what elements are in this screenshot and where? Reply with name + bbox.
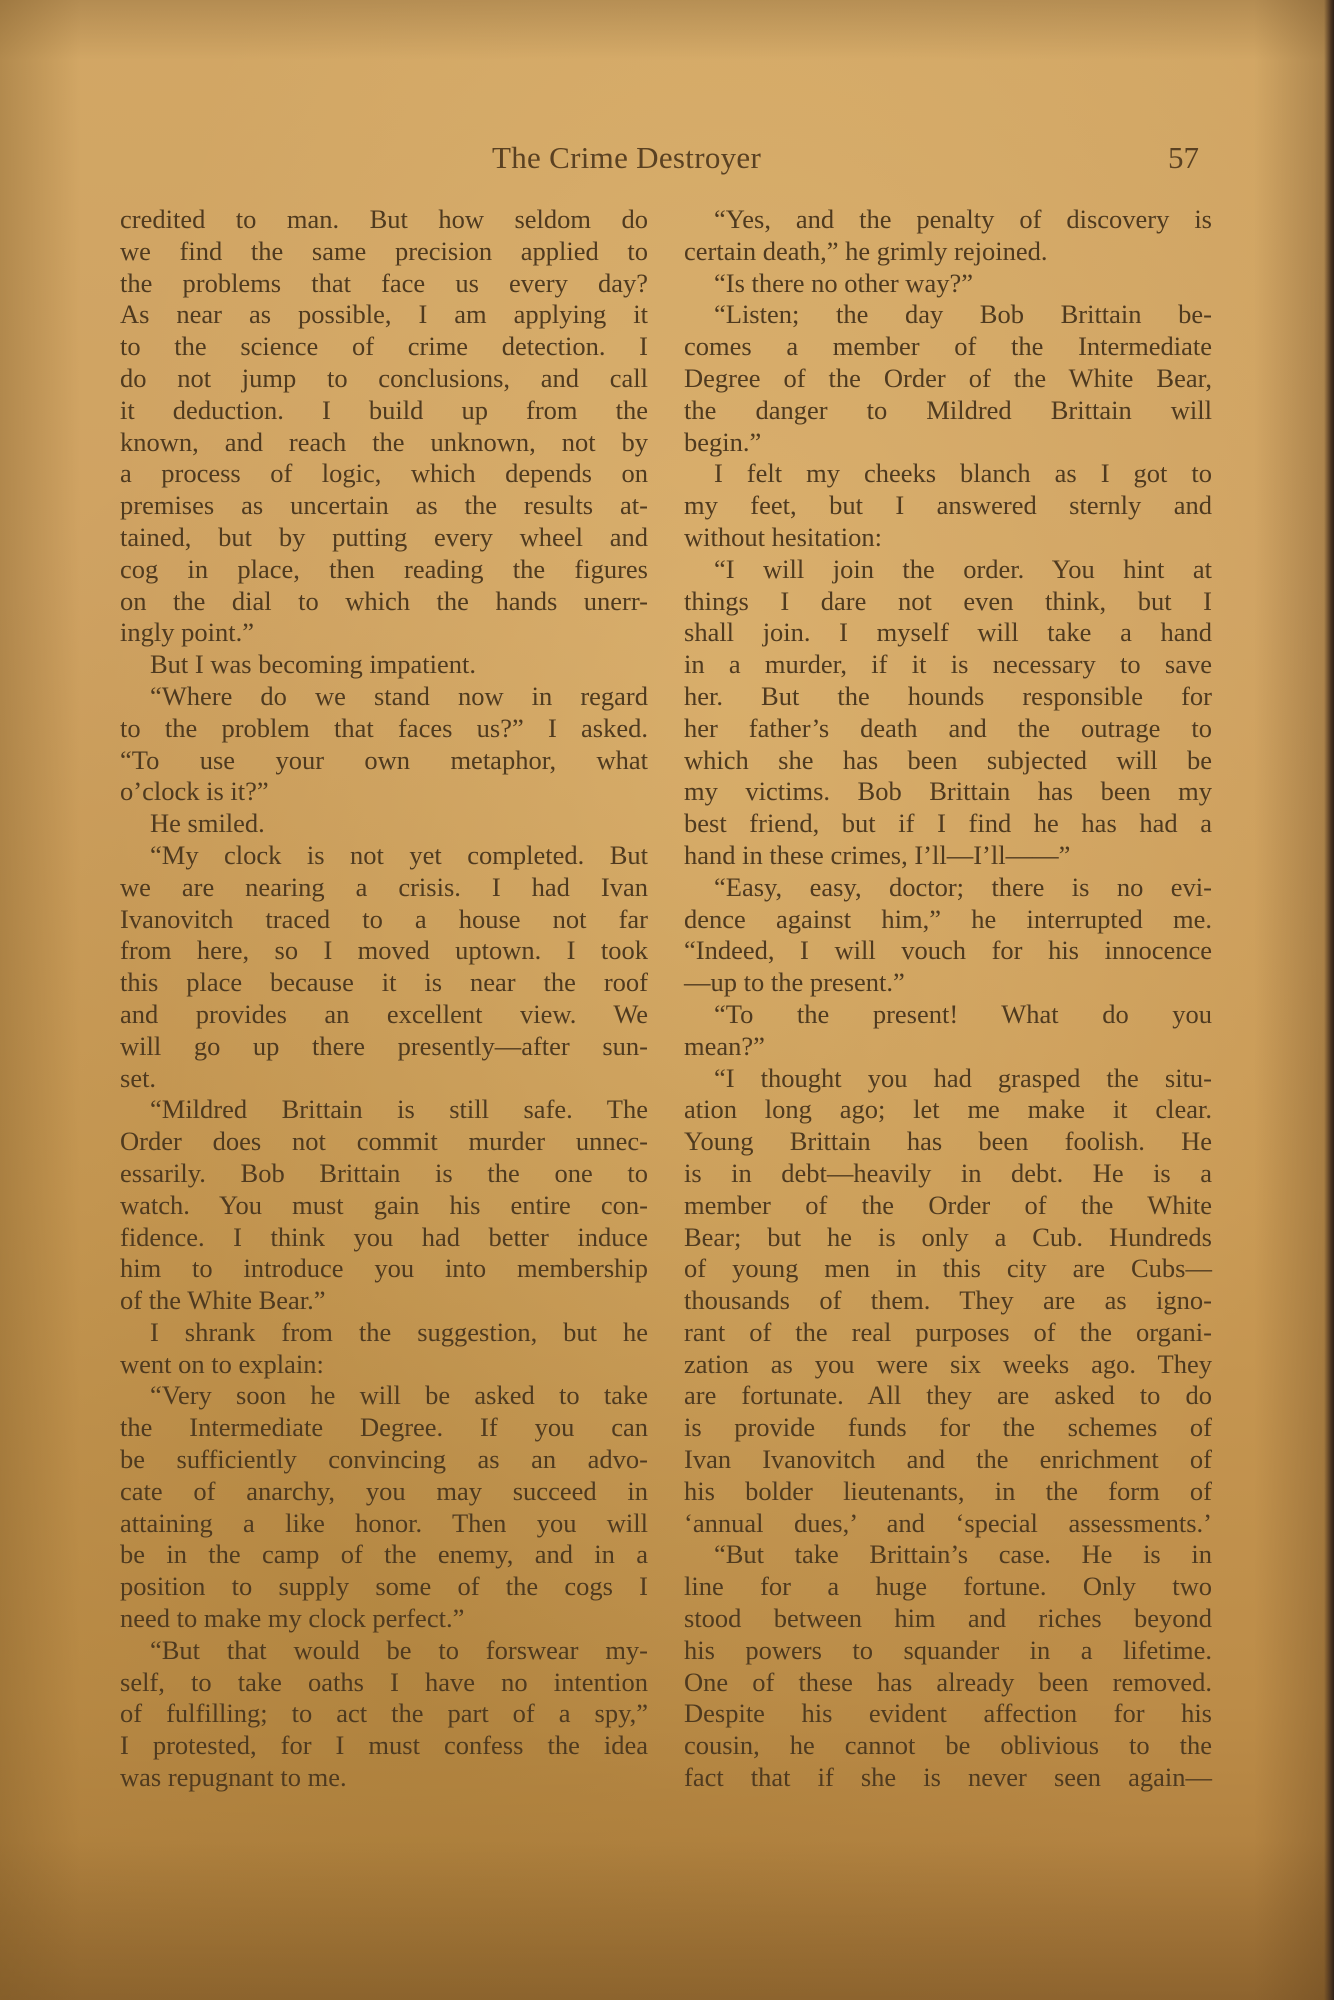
text-line: it deduction. I build up from the	[120, 395, 648, 427]
text-line: As near as possible, I am applying it	[120, 299, 648, 331]
text-line: attaining a like honor. Then you will	[120, 1508, 648, 1540]
text-line: premises as uncertain as the results at-	[120, 490, 648, 522]
text-line: Ivanovitch traced to a house not far	[120, 904, 648, 936]
text-line: is in debt—heavily in debt. He is a	[684, 1158, 1212, 1190]
text-line: fact that if she is never seen again—	[684, 1762, 1212, 1794]
text-line: “Listen; the day Bob Brittain be-	[684, 299, 1212, 331]
running-title: The Crime Destroyer	[492, 140, 761, 176]
text-line: went on to explain:	[120, 1349, 648, 1381]
text-line: of the White Bear.”	[120, 1285, 648, 1317]
text-line: fidence. I think you had better induce	[120, 1222, 648, 1254]
text-line: cog in place, then reading the figures	[120, 554, 648, 586]
text-line: “My clock is not yet completed. But	[120, 840, 648, 872]
text-line: begin.”	[684, 427, 1212, 459]
text-line: to the problem that faces us?” I asked.	[120, 713, 648, 745]
text-line: —up to the present.”	[684, 967, 1212, 999]
text-line: ingly point.”	[120, 617, 648, 649]
text-line: hand in these crimes, I’ll—I’ll——”	[684, 840, 1212, 872]
text-line: thousands of them. They are as igno-	[684, 1285, 1212, 1317]
text-line: is provide funds for the schemes of	[684, 1412, 1212, 1444]
text-line: o’clock is it?”	[120, 776, 648, 808]
text-line: Young Brittain has been foolish. He	[684, 1126, 1212, 1158]
text-line: need to make my clock perfect.”	[120, 1603, 648, 1635]
text-line: Ivan Ivanovitch and the enrichment of	[684, 1444, 1212, 1476]
text-line: this place because it is near the roof	[120, 967, 648, 999]
text-line: He smiled.	[120, 808, 648, 840]
text-line: best friend, but if I find he has had a	[684, 808, 1212, 840]
text-line: Bear; but he is only a Cub. Hundreds	[684, 1222, 1212, 1254]
text-line: credited to man. But how seldom do	[120, 204, 648, 236]
text-line: self, to take oaths I have no intention	[120, 1667, 648, 1699]
book-page: The Crime Destroyer 57 credited to man. …	[0, 0, 1334, 2000]
text-column-right: “Yes, and the penalty of discovery iscer…	[684, 204, 1212, 1794]
text-line: certain death,” he grimly rejoined.	[684, 236, 1212, 268]
text-line: the danger to Mildred Brittain will	[684, 395, 1212, 427]
text-line: member of the Order of the White	[684, 1190, 1212, 1222]
text-line: will go up there presently—after sun-	[120, 1031, 648, 1063]
running-header: The Crime Destroyer 57	[0, 140, 1334, 180]
text-line: “To use your own metaphor, what	[120, 745, 648, 777]
text-line: “But that would be to forswear my-	[120, 1635, 648, 1667]
text-line: her father’s death and the outrage to	[684, 713, 1212, 745]
text-line: “Yes, and the penalty of discovery is	[684, 204, 1212, 236]
text-line: the problems that face us every day?	[120, 268, 648, 300]
text-line: stood between him and riches beyond	[684, 1603, 1212, 1635]
text-line: “To the present! What do you	[684, 999, 1212, 1031]
text-line: things I dare not even think, but I	[684, 586, 1212, 618]
text-line: which she has been subjected will be	[684, 745, 1212, 777]
text-line: from here, so I moved uptown. I took	[120, 935, 648, 967]
text-line: of fulfilling; to act the part of a spy,…	[120, 1698, 648, 1730]
text-line: shall join. I myself will take a hand	[684, 617, 1212, 649]
text-line: “Easy, easy, doctor; there is no evi-	[684, 872, 1212, 904]
text-line: in a murder, if it is necessary to save	[684, 649, 1212, 681]
text-line: I felt my cheeks blanch as I got to	[684, 458, 1212, 490]
text-line: One of these has already been removed.	[684, 1667, 1212, 1699]
text-line: line for a huge fortune. Only two	[684, 1571, 1212, 1603]
text-line: Despite his evident affection for his	[684, 1698, 1212, 1730]
text-line: I shrank from the suggestion, but he	[120, 1317, 648, 1349]
text-line: known, and reach the unknown, not by	[120, 427, 648, 459]
text-line: do not jump to conclusions, and call	[120, 363, 648, 395]
text-line: essarily. Bob Brittain is the one to	[120, 1158, 648, 1190]
text-line: comes a member of the Intermediate	[684, 331, 1212, 363]
text-line: and provides an excellent view. We	[120, 999, 648, 1031]
text-line: my victims. Bob Brittain has been my	[684, 776, 1212, 808]
text-line: But I was becoming impatient.	[120, 649, 648, 681]
text-line: dence against him,” he interrupted me.	[684, 904, 1212, 936]
page-edge-shadow	[1324, 0, 1334, 2000]
text-line: “Is there no other way?”	[684, 268, 1212, 300]
text-line: my feet, but I answered sternly and	[684, 490, 1212, 522]
text-line: watch. You must gain his entire con-	[120, 1190, 648, 1222]
text-line: ation long ago; let me make it clear.	[684, 1094, 1212, 1126]
text-line: we are nearing a crisis. I had Ivan	[120, 872, 648, 904]
text-line: position to supply some of the cogs I	[120, 1571, 648, 1603]
text-line: of young men in this city are Cubs—	[684, 1253, 1212, 1285]
text-line: Order does not commit murder unnec-	[120, 1126, 648, 1158]
text-line: ‘annual dues,’ and ‘special assessments.…	[684, 1508, 1212, 1540]
text-line: his bolder lieutenants, in the form of	[684, 1476, 1212, 1508]
page-number: 57	[1168, 140, 1199, 176]
text-column-left: credited to man. But how seldom dowe fin…	[120, 204, 648, 1794]
text-line: Degree of the Order of the White Bear,	[684, 363, 1212, 395]
text-line: set.	[120, 1063, 648, 1095]
text-line: “Indeed, I will vouch for his innocence	[684, 935, 1212, 967]
text-line: on the dial to which the hands unerr-	[120, 586, 648, 618]
text-line: “But take Brittain’s case. He is in	[684, 1539, 1212, 1571]
text-line: cousin, he cannot be oblivious to the	[684, 1730, 1212, 1762]
text-line: a process of logic, which depends on	[120, 458, 648, 490]
text-line: zation as you were six weeks ago. They	[684, 1349, 1212, 1381]
text-line: was repugnant to me.	[120, 1762, 648, 1794]
text-line: to the science of crime detection. I	[120, 331, 648, 363]
text-line: “Where do we stand now in regard	[120, 681, 648, 713]
text-line: cate of anarchy, you may succeed in	[120, 1476, 648, 1508]
text-line: “I will join the order. You hint at	[684, 554, 1212, 586]
text-line: him to introduce you into membership	[120, 1253, 648, 1285]
text-line: the Intermediate Degree. If you can	[120, 1412, 648, 1444]
text-line: “Mildred Brittain is still safe. The	[120, 1094, 648, 1126]
text-line: his powers to squander in a lifetime.	[684, 1635, 1212, 1667]
text-line: be in the camp of the enemy, and in a	[120, 1539, 648, 1571]
text-line: “I thought you had grasped the situ-	[684, 1063, 1212, 1095]
text-line: mean?”	[684, 1031, 1212, 1063]
text-line: we find the same precision applied to	[120, 236, 648, 268]
text-line: tained, but by putting every wheel and	[120, 522, 648, 554]
text-line: be sufficiently convincing as an advo-	[120, 1444, 648, 1476]
text-line: rant of the real purposes of the organi-	[684, 1317, 1212, 1349]
text-line: I protested, for I must confess the idea	[120, 1730, 648, 1762]
text-line: are fortunate. All they are asked to do	[684, 1380, 1212, 1412]
text-line: her. But the hounds responsible for	[684, 681, 1212, 713]
text-line: without hesitation:	[684, 522, 1212, 554]
text-line: “Very soon he will be asked to take	[120, 1380, 648, 1412]
